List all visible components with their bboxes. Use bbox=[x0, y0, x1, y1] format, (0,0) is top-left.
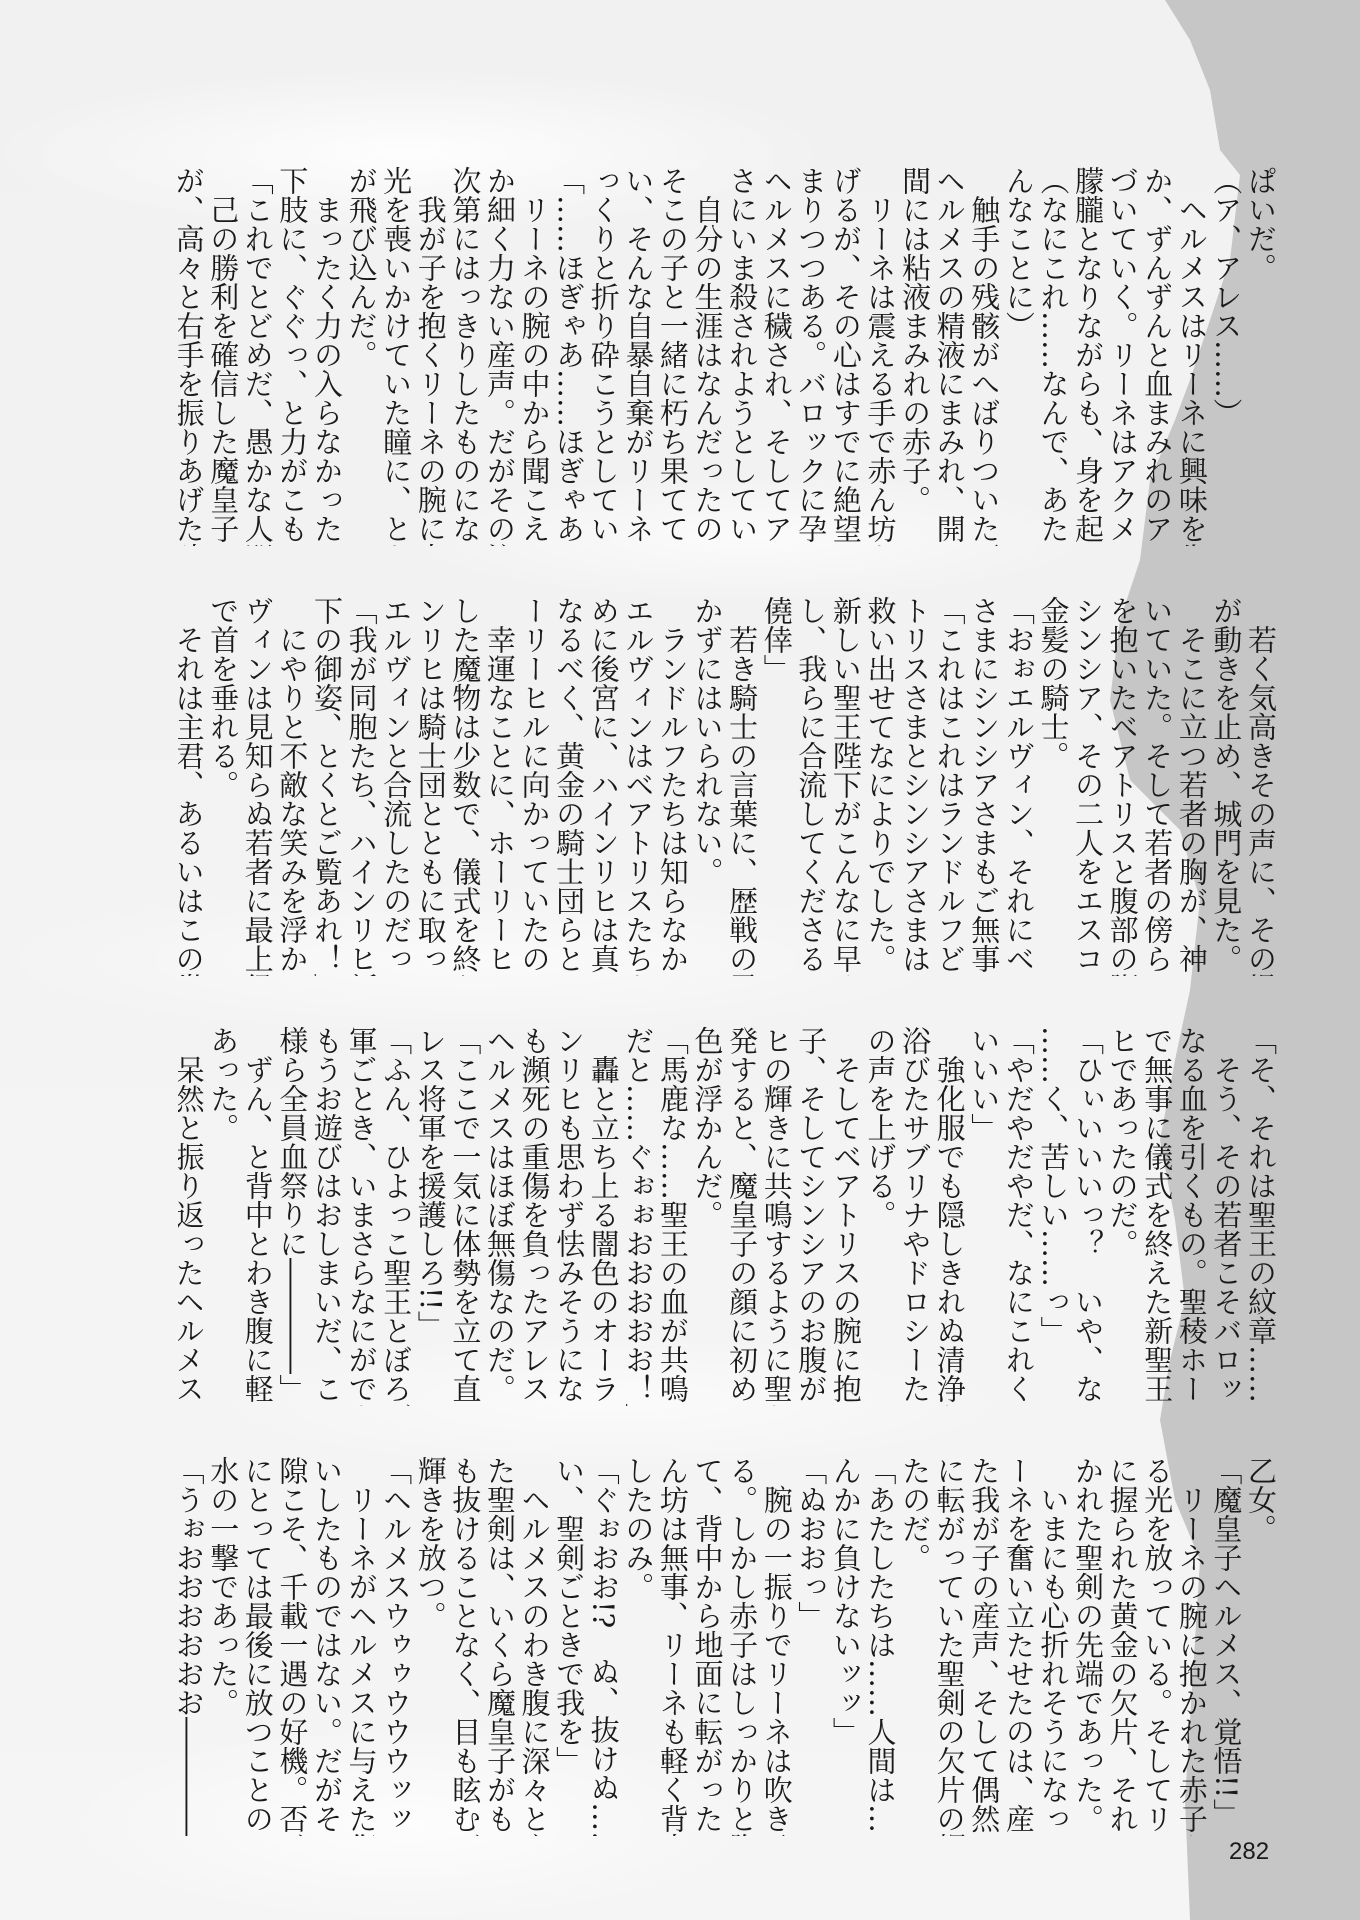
text-line: （なにこれ……なんで、あたしは、こ bbox=[1036, 166, 1071, 546]
text-line: ンリヒも思わず怯みそうになる。しか bbox=[552, 1026, 587, 1406]
text-tier-1: ぱいだ。（ア、アレス……） ヘルメスはリーネに興味を失ったのか、ずんずんと血まみ… bbox=[178, 166, 1278, 546]
text-line: 「ぬおおっ」 bbox=[794, 1456, 829, 1836]
text-line: 「魔皇子ヘルメス、覚悟!!」 bbox=[1209, 1456, 1244, 1836]
text-line: る光を放っている。そしてリーネの手 bbox=[1140, 1456, 1175, 1836]
text-line: も瀕死の重傷を負ったアレスと違い、 bbox=[517, 1026, 552, 1406]
text-tier-3: 「そ、それは聖王の紋章……まさか」 そう、その若者こそバロックの正統なる血を引く… bbox=[178, 1026, 1278, 1406]
text-line: 「これでとどめだ、愚かな人間よ！」 bbox=[240, 166, 275, 546]
text-line: かずにはいられない。 bbox=[690, 596, 725, 976]
text-line: 「ぐぉおお!? ぬ、抜けぬ……忌々し bbox=[586, 1456, 621, 1836]
text-line: だと……ぐぉぉおおおおお！」 bbox=[621, 1026, 656, 1406]
text-line: が動きを止め、城門を見た。 bbox=[1209, 596, 1244, 976]
text-line: そしてベアトリスの腕に抱かれた赤 bbox=[828, 1026, 863, 1406]
text-line: 下の御姿、とくとご覧あれ！」 bbox=[309, 596, 344, 976]
text-line: 強化服でも隠しきれぬ清浄なる光を bbox=[932, 1026, 967, 1406]
text-line: そこの子と一緒に朽ち果ててしまいた bbox=[655, 166, 690, 546]
text-line: ヘルメスの精液にまみれ、開いた股の bbox=[932, 166, 967, 546]
text-line: 「我が同胞たち、ハインリヒ新聖王陛 bbox=[344, 596, 379, 976]
page-number: 282 bbox=[1229, 1838, 1269, 1866]
text-line: 「おぉエルヴィン、それにベアトリス bbox=[1001, 596, 1036, 976]
text-line: にとっては最後に放つことのできる背 bbox=[240, 1456, 275, 1836]
text-line: し、我らに合流してくださるとは誠に bbox=[794, 596, 829, 976]
text-line: 様ら全員血祭りに――――」 bbox=[275, 1026, 310, 1406]
text-line: ーネを奮い立たせたのは、産み落とし bbox=[1001, 1456, 1036, 1836]
text-line: 色が浮かんだ。 bbox=[690, 1026, 725, 1406]
text-line: かれた聖剣の先端であった。 bbox=[1070, 1456, 1105, 1836]
text-line: 「ヘルメスウゥゥウウウッッッ」 bbox=[379, 1456, 414, 1836]
text-line: ヘルメスに穢され、そしてアレスはま bbox=[759, 166, 794, 546]
text-line: ヘルメスのわき腹に深々と突き立っ bbox=[517, 1456, 552, 1836]
text-line: 己の勝利を確信した魔皇子ヘルメス bbox=[206, 166, 241, 546]
text-line: 浴びたサブリナやドロシーたちが苦悶 bbox=[897, 1026, 932, 1406]
text-line: レス将軍を援護しろ!!」 bbox=[413, 1026, 448, 1406]
text-line: る。しかし赤子はしっかりと胸に抱い bbox=[725, 1456, 760, 1836]
text-line: 僥倖」 bbox=[759, 596, 794, 976]
text-line: ヘルメスはほぼ無傷なのだ。 bbox=[482, 1026, 517, 1406]
text-line: げるが、その心はすでに絶望の色に染 bbox=[828, 166, 863, 546]
text-line: リーネの腕の中から聞こえたのは、 bbox=[517, 166, 552, 546]
text-line: て、背中から地面に転がったために赤 bbox=[690, 1456, 725, 1836]
text-line: 「これはこれはランドルフどの。ベア bbox=[932, 596, 967, 976]
text-line: 「あたしたちは……人間は……お前な bbox=[863, 1456, 898, 1836]
text-line: んかに負けないッッ」 bbox=[828, 1456, 863, 1836]
text-line: なる血を引くもの。聖稜ホーリーヒル bbox=[1174, 1026, 1209, 1406]
text-line: づいていく。リーネはアクメの余韻に bbox=[1105, 166, 1140, 546]
text-line: ぱいだ。 bbox=[1243, 166, 1278, 546]
text-line: エルヴィンはベアトリスたちを救うた bbox=[621, 596, 656, 976]
text-line: 金髪の騎士。 bbox=[1036, 596, 1071, 976]
text-line: ずん、と背中とわき腹に軽い衝撃が bbox=[240, 1026, 275, 1406]
text-line: 光を喪いかけていた瞳に、とある輝き bbox=[379, 166, 414, 546]
text-line: んなことに） bbox=[1001, 166, 1036, 546]
text-line: 新しい聖王陛下がこんなに早く事をな bbox=[828, 596, 863, 976]
text-line: も抜けることなく、目も眩むばかりの bbox=[448, 1456, 483, 1836]
text-line: ん坊は無事、リーネも軽く背中を打撲 bbox=[655, 1456, 690, 1836]
text-line: たのだ。 bbox=[897, 1456, 932, 1836]
text-line: にやりと不敵な笑みを浮かべ、エル bbox=[275, 596, 310, 976]
text-line: 「……ほぎゃあ……ほぎゃあ……」 bbox=[552, 166, 587, 546]
text-line: リーネの腕に抱かれた赤子も、聖な bbox=[1174, 1456, 1209, 1836]
text-line: 水の一撃であった。 bbox=[206, 1456, 241, 1836]
text-line: （ア、アレス……） bbox=[1209, 166, 1244, 546]
text-line: で無事に儀式を終えた新聖王ハインリ bbox=[1140, 1026, 1175, 1406]
text-line: 若く気高きその声に、その場の誰も bbox=[1243, 596, 1278, 976]
text-line: ……く、苦しい……っ」 bbox=[1036, 1026, 1071, 1406]
text-line: ヒであったのだ。 bbox=[1105, 1026, 1140, 1406]
text-line: に握られた黄金の欠片、それは折れ砕 bbox=[1105, 1456, 1140, 1836]
text-line: ンリヒは騎士団とともに取って返し、 bbox=[413, 596, 448, 976]
text-line: 軍ごとき、いまさらなにができる！ bbox=[344, 1026, 379, 1406]
text-line: か、ずんずんと血まみれのアレスに近 bbox=[1140, 166, 1175, 546]
text-line: に転がっていた聖剣の欠片の輝きだっ bbox=[932, 1456, 967, 1836]
text-tier-2: 若く気高きその声に、その場の誰もが動きを止め、城門を見た。 そこに立つ若者の胸が… bbox=[178, 596, 1278, 976]
text-line: 乙女。 bbox=[1243, 1456, 1278, 1836]
text-line: さまにシンシアさまもご無事で！」 bbox=[967, 596, 1002, 976]
text-line: っくりと折り砕こうとしていた。 bbox=[586, 166, 621, 546]
text-line: シンシア、その二人をエスコートする bbox=[1070, 596, 1105, 976]
text-line: リーネがヘルメスに与えた傷は、た bbox=[344, 1456, 379, 1836]
text-line: 「そ、それは聖王の紋章……まさか」 bbox=[1243, 1026, 1278, 1406]
text-line: 「ひぃいいいっ？ いや、なにこの光 bbox=[1070, 1026, 1105, 1406]
text-line: まったく力の入らなかったリーネの bbox=[309, 166, 344, 546]
text-line: あった。 bbox=[206, 1026, 241, 1406]
text-line: リーネは震える手で赤ん坊を抱き上 bbox=[863, 166, 898, 546]
text-line: まりつつある。バロックに孕まされ、 bbox=[794, 166, 829, 546]
text-line: 轟と立ち上る闇色のオーラに、ハイ bbox=[586, 1026, 621, 1406]
text-line: いまにも心折れそうになっていたリ bbox=[1036, 1456, 1071, 1836]
text-line: した魔物は少数で、儀式を終えたハイ bbox=[448, 596, 483, 976]
text-line: 我が子を抱くリーネの腕に力がこもり、 bbox=[413, 166, 448, 546]
text-line: 「ここで一気に体勢を立て直す！ ア bbox=[448, 1026, 483, 1406]
text-line: 「やだやだやだ、なにこれくひぃいい bbox=[1001, 1026, 1036, 1406]
text-line: それは主君、あるいはこの世界で最 bbox=[178, 596, 206, 976]
text-line: 若き騎士の言葉に、歴戦の勇士も驚 bbox=[725, 596, 760, 976]
text-line: ヒの輝きに共鳴するように聖なる光を bbox=[759, 1026, 794, 1406]
text-line: ランドルフたちは知らなかったが、 bbox=[655, 596, 690, 976]
text-line: 腕の一振りでリーネは吹き飛ばされ bbox=[759, 1456, 794, 1836]
text-line: で首を垂れる。 bbox=[206, 596, 241, 976]
text-line: 朦朧となりながらも、身を起こす。 bbox=[1070, 166, 1105, 546]
text-line: 下肢に、ぐぐっ、と力がこもった。 bbox=[275, 166, 310, 546]
text-line: が、高々と右手を振りあげた時。 bbox=[178, 166, 206, 546]
text-line: 「ふん、ひよっこ聖王とぼろぼろの将 bbox=[379, 1026, 414, 1406]
text-line: 救い出せてなによりでした。そして、 bbox=[863, 596, 898, 976]
text-line: 触手の残骸がへばりついた下半身は bbox=[967, 166, 1002, 546]
text-line: 次第にはっきりしたものになっていく。 bbox=[448, 166, 483, 546]
text-line: が飛び込んだ。 bbox=[344, 166, 379, 546]
text-line: い、聖剣ごときで我を」 bbox=[552, 1456, 587, 1836]
text-line: 間には粘液まみれの赤子。 bbox=[897, 166, 932, 546]
text-tier-4: 乙女。「魔皇子ヘルメス、覚悟!!」 リーネの腕に抱かれた赤子も、聖なる光を放って… bbox=[178, 1456, 1278, 1836]
text-line: いしたものではない。だがその一瞬の bbox=[309, 1456, 344, 1836]
text-line: したのみ。 bbox=[621, 1456, 656, 1836]
text-line: 「うぉおおおおおお――――――！」 bbox=[178, 1456, 206, 1836]
text-line: そこに立つ若者の胸が、神々しく輝 bbox=[1174, 596, 1209, 976]
text-line: トリスさまとシンシアさまはいち早く bbox=[897, 596, 932, 976]
text-line: か細く力ない産声。だがその泣き声は bbox=[482, 166, 517, 546]
text-line: さにいま殺されようとしている。 bbox=[725, 166, 760, 546]
text-line: 輝きを放つ。 bbox=[413, 1456, 448, 1836]
text-line: なるべく、黄金の騎士団らとともにホ bbox=[552, 596, 587, 976]
text-line: の声を上げる。 bbox=[863, 1026, 898, 1406]
text-line: もうお遊びはおしまいだ、この場で貴 bbox=[309, 1026, 344, 1406]
text-line: エルヴィンと合流したのだった。 bbox=[379, 596, 414, 976]
text-line: 自分の生涯はなんだったのか。いっ bbox=[690, 166, 725, 546]
text-line: 呆然と振り返ったヘルメスの目に映 bbox=[178, 1026, 206, 1406]
text-line: めに後宮に、ハインリヒは真の聖王と bbox=[586, 596, 621, 976]
text-line: 幸運なことに、ホーリーヒルに出現 bbox=[482, 596, 517, 976]
text-line: 発すると、魔皇子の顔に初めて焦りの bbox=[725, 1026, 760, 1406]
text-line: ーリーヒルに向かっていたのだ。 bbox=[517, 596, 552, 976]
text-line: ヴィンは見知らぬ若者に最上級の儀礼 bbox=[240, 596, 275, 976]
text-line: を抱いたベアトリスと腹部の膨らんだ bbox=[1105, 596, 1140, 976]
text-line: いていた。そして若者の傍らには赤子 bbox=[1140, 596, 1175, 976]
text-line: た我が子の産声、そして偶然にも足元 bbox=[967, 1456, 1002, 1836]
text-line: い、そんな自暴自棄がリーネの心をゆ bbox=[621, 166, 656, 546]
text-line: 隙こそ、千載一遇の好機。否、アレス bbox=[275, 1456, 310, 1836]
text-line: た聖剣は、いくら魔皇子がもがこうと bbox=[482, 1456, 517, 1836]
text-line: 「馬鹿な……聖王の血が共鳴している bbox=[655, 1026, 690, 1406]
text-line: 子、そしてシンシアのお腹がハインリ bbox=[794, 1026, 829, 1406]
text-line: そう、その若者こそバロックの正統 bbox=[1209, 1026, 1244, 1406]
text-line: いいい」 bbox=[967, 1026, 1002, 1406]
text-line: ヘルメスはリーネに興味を失ったの bbox=[1174, 166, 1209, 546]
